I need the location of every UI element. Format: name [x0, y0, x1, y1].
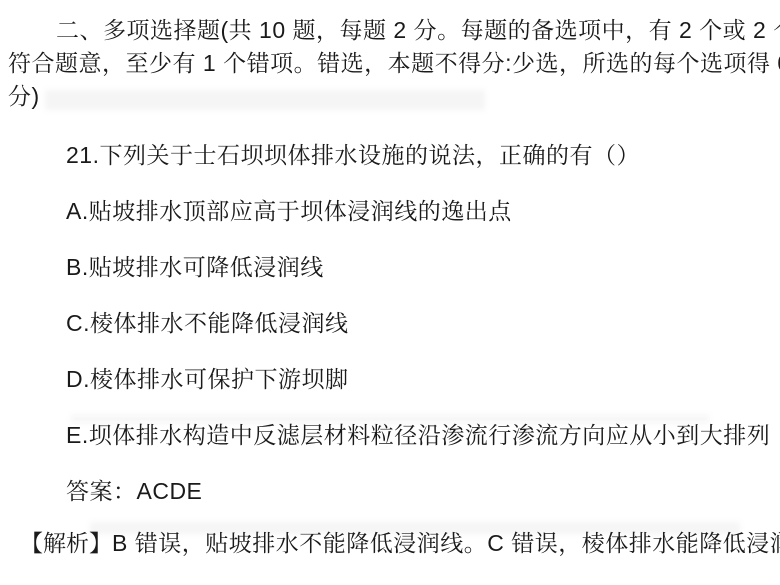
scanned-exam-document: 二、多项选择题(共 10 题，每题 2 分。每题的备选项中，有 2 个或 2 个…	[0, 0, 780, 585]
option-d-label: D.	[66, 366, 90, 392]
option-c-label: C.	[66, 310, 90, 336]
analysis-label: 【解析】	[20, 530, 112, 556]
question-number: 21.	[66, 142, 99, 168]
question-21: 21.下列关于士石坝坝体排水设施的说法，正确的有（）	[8, 139, 770, 171]
option-a-label: A.	[66, 198, 89, 224]
option-b: B.贴坡排水可降低浸润线	[8, 251, 770, 283]
option-b-text: 贴坡排水可降低浸润线	[89, 254, 324, 280]
option-b-label: B.	[66, 254, 89, 280]
option-a: A.贴坡排水顶部应高于坝体浸润线的逸出点	[8, 195, 770, 227]
option-e: E.坝体排水构造中反滤层材料粒径沿渗流行渗流方向应从小到大排列	[8, 419, 770, 451]
option-d-text: 棱体排水可保护下游坝脚	[90, 366, 349, 392]
option-a-text: 贴坡排水顶部应高于坝体浸润线的逸出点	[89, 198, 512, 224]
answer-label: 答案：	[66, 478, 137, 504]
question-text: 下列关于士石坝坝体排水设施的说法，正确的有（）	[99, 142, 640, 168]
answer-value: ACDE	[137, 478, 203, 504]
section-instructions-line-2: 符合题意，至少有 1 个错项。错选，本题不得分:少选，所选的每个选项得 0.5	[8, 47, 770, 80]
analysis-text: B 错误，贴坡排水不能降低浸润线。C 错误，棱体排水能降低浸润线。	[112, 530, 780, 556]
section-instructions-line-3: 分)	[8, 80, 770, 113]
option-e-text: 坝体排水构造中反滤层材料粒径沿渗流行渗流方向应从小到大排列	[89, 422, 771, 448]
option-d: D.棱体排水可保护下游坝脚	[8, 363, 770, 395]
section-instructions-line-1: 二、多项选择题(共 10 题，每题 2 分。每题的备选项中，有 2 个或 2 个…	[8, 14, 770, 47]
option-e-label: E.	[66, 422, 89, 448]
analysis-row: 【解析】B 错误，贴坡排水不能降低浸润线。C 错误，棱体排水能降低浸润线。	[8, 527, 770, 559]
option-c: C.棱体排水不能降低浸润线	[8, 307, 770, 339]
option-c-text: 棱体排水不能降低浸润线	[90, 310, 349, 336]
answer-row: 答案：ACDE	[8, 475, 770, 507]
